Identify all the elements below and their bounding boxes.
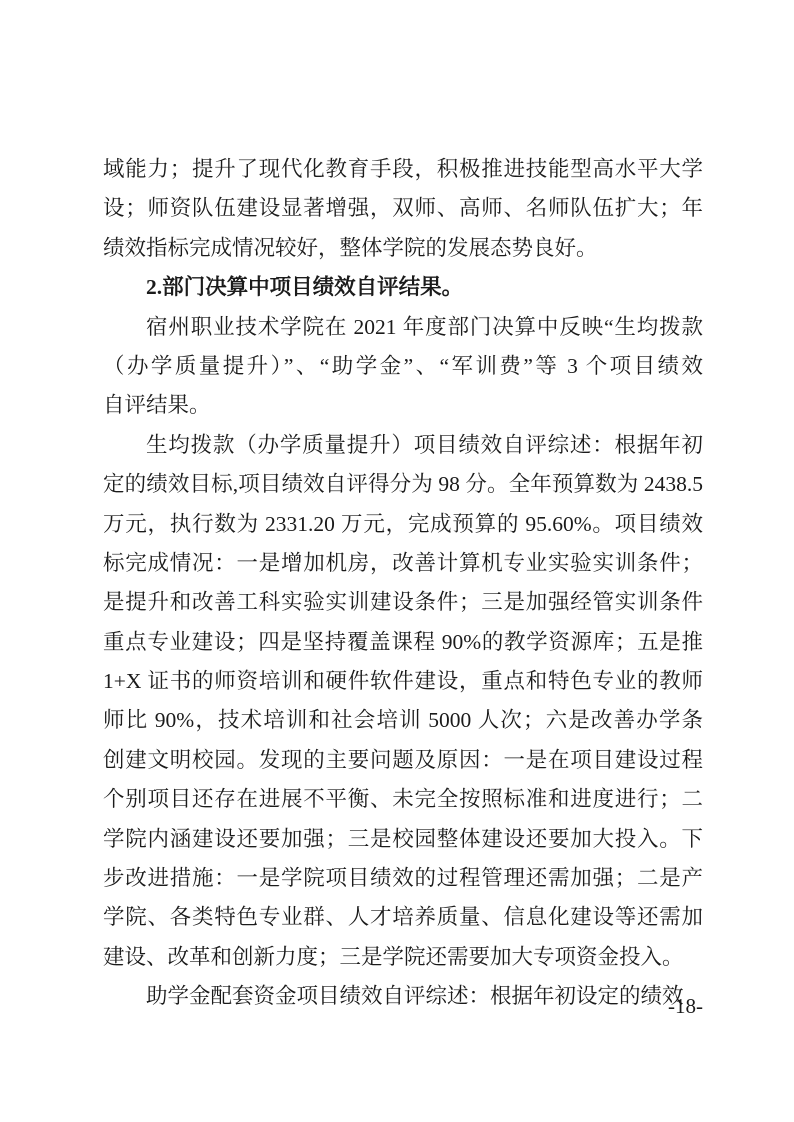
text-line: （办学质量提升）”、“助学金”、“军训费”等 3 个项目绩效 (103, 347, 703, 386)
paragraph-overall-performance: 域能力；提升了现代化教育手段，积极推进技能型高水平大学建 设；师资队伍建设显著增… (103, 150, 703, 268)
text-line: 师比 90%，技术培训和社会培训 5000 人次；六是改善办学条件， (103, 701, 703, 740)
section-heading: 2.部门决算中项目绩效自评结果。 (103, 268, 703, 307)
paragraph-per-student-funding-evaluation: 生均拨款（办学质量提升）项目绩效自评综述：根据年初设 定的绩效目标,项目绩效自评… (103, 426, 703, 977)
text-line: 生均拨款（办学质量提升）项目绩效自评综述：根据年初设 (103, 426, 703, 465)
text-line: 自评结果。 (103, 386, 703, 425)
text-line: 1+X 证书的师资培训和硬件软件建设，重点和特色专业的教师双 (103, 662, 703, 701)
text-line: 步改进措施：一是学院项目绩效的过程管理还需加强；二是产业 (103, 859, 703, 898)
page-number: -18- (103, 994, 703, 1018)
text-line: 宿州职业技术学院在 2021 年度部门决算中反映“生均拨款 (103, 308, 703, 347)
text-line: 定的绩效目标,项目绩效自评得分为 98 分。全年预算数为 2438.5 (103, 465, 703, 504)
text-line: 设；师资队伍建设显著增强，双师、高师、名师队伍扩大；年度 (103, 189, 703, 228)
text-line: 个别项目还存在进展不平衡、未完全按照标准和进度进行；二是 (103, 780, 703, 819)
text-line: 绩效指标完成情况较好，整体学院的发展态势良好。 (103, 229, 703, 268)
text-line: 建设、改革和创新力度；三是学院还需要加大专项资金投入。 (103, 938, 703, 977)
document-page: 域能力；提升了现代化教育手段，积极推进技能型高水平大学建 设；师资队伍建设显著增… (0, 0, 794, 1122)
text-line: 域能力；提升了现代化教育手段，积极推进技能型高水平大学建 (103, 150, 703, 189)
text-line: 学院、各类特色专业群、人才培养质量、信息化建设等还需加大 (103, 898, 703, 937)
text-line: 创建文明校园。发现的主要问题及原因：一是在项目建设过程中， (103, 741, 703, 780)
paragraph-section-heading: 2.部门决算中项目绩效自评结果。 (103, 268, 703, 307)
text-line: 学院内涵建设还要加强；三是校园整体建设还要加大投入。下一 (103, 820, 703, 859)
text-line: 万元，执行数为 2331.20 万元，完成预算的 95.60%。项目绩效目 (103, 505, 703, 544)
text-line: 重点专业建设；四是坚持覆盖课程 90%的教学资源库；五是推动 (103, 623, 703, 662)
text-line: 是提升和改善工科实验实训建设条件；三是加强经管实训条件和 (103, 583, 703, 622)
text-line: 标完成情况：一是增加机房，改善计算机专业实验实训条件；二 (103, 544, 703, 583)
paragraph-projects-overview: 宿州职业技术学院在 2021 年度部门决算中反映“生均拨款 （办学质量提升）”、… (103, 308, 703, 426)
document-body: 域能力；提升了现代化教育手段，积极推进技能型高水平大学建 设；师资队伍建设显著增… (103, 150, 703, 1017)
